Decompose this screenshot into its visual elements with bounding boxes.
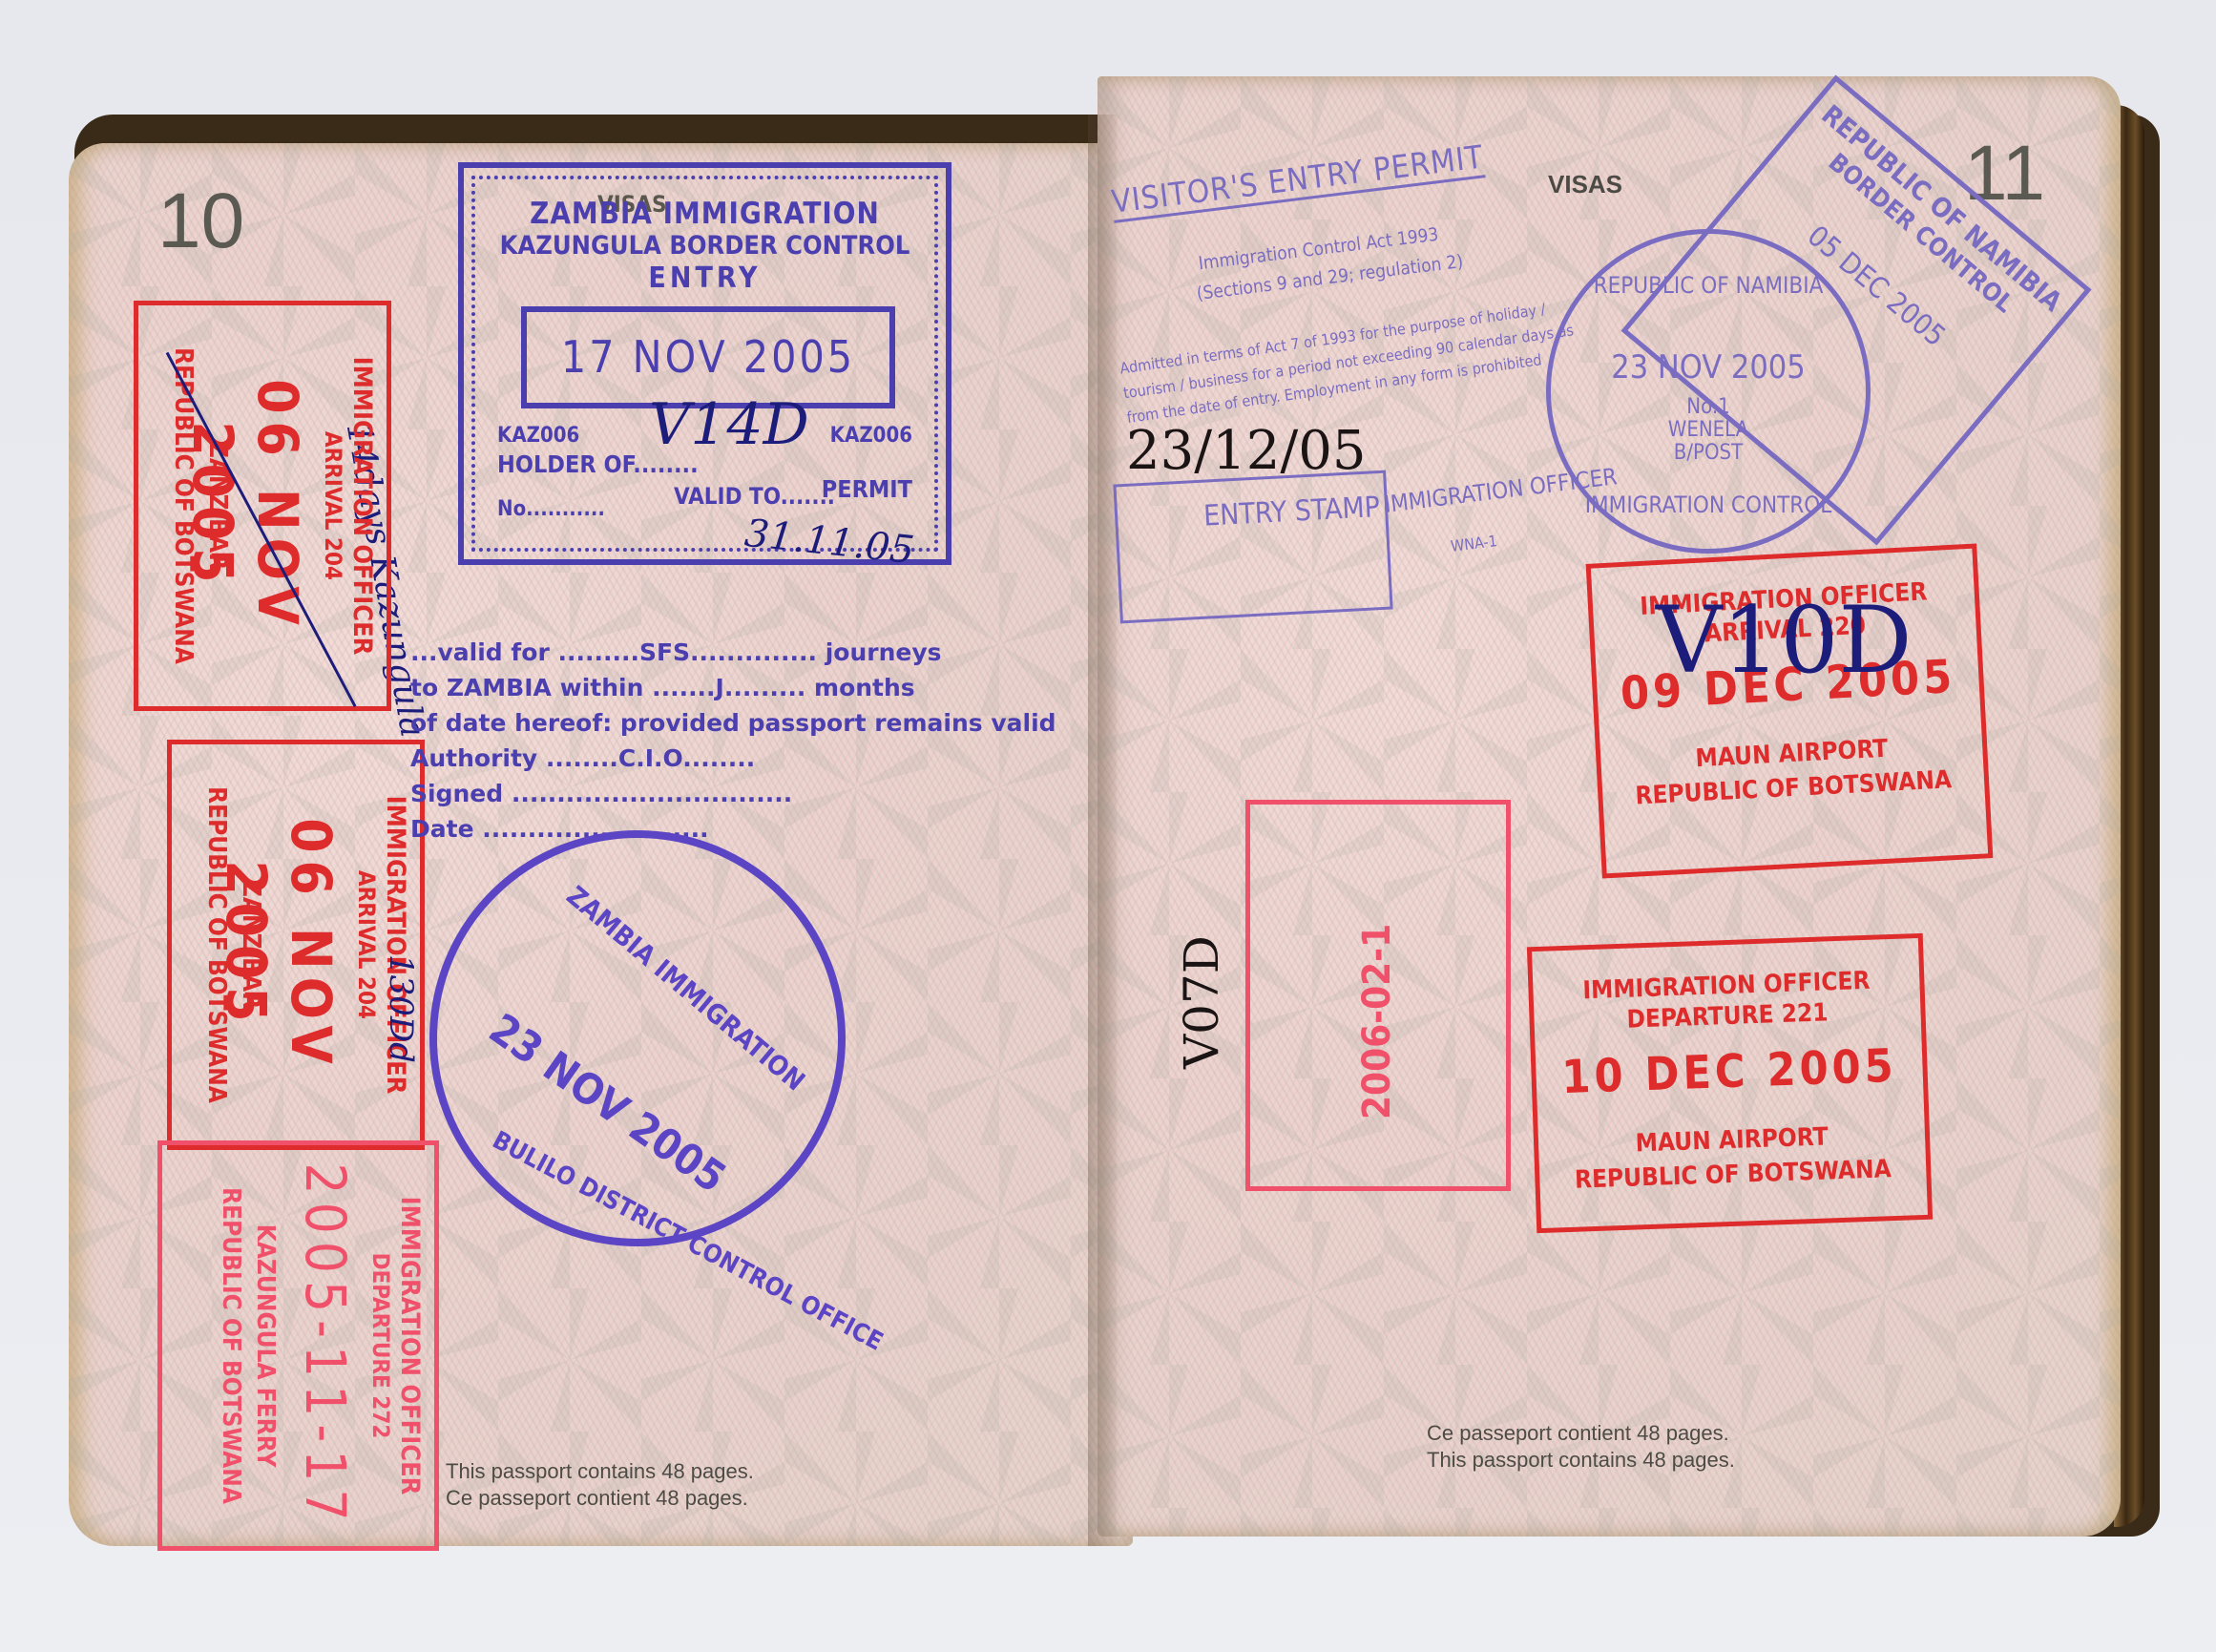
entry-stamp-label: ENTRY STAMP	[1202, 491, 1381, 533]
handwritten-code: V14D	[649, 391, 809, 458]
stamp-subtitle: KAZUNGULA BORDER CONTROL	[464, 231, 946, 261]
stamp-place: ZANZIBAR	[237, 744, 265, 1145]
stamp-date: 10 DEC 2005	[1536, 1038, 1924, 1105]
entry-stamp-box: ENTRY STAMP	[1113, 471, 1392, 624]
visa-line: Signed ...............................	[410, 776, 1056, 811]
stamp-title: IMMIGRATION OFFICER	[381, 744, 410, 1145]
visa-line: Date .........................	[410, 811, 1056, 847]
stamp-date: 23 NOV 2005	[480, 1005, 734, 1203]
footer-line: Ce passeport contient 48 pages.	[1427, 1420, 1735, 1447]
stamp-title: REPUBLIC OF NAMIBIA	[1551, 272, 1866, 299]
maun-departure-stamp: IMMIGRATION OFFICER DEPARTURE 221 10 DEC…	[1527, 933, 1933, 1233]
post-line: WENELA	[1551, 419, 1866, 442]
stamp-bottom: IMMIGRATION CONTROL	[1551, 491, 1866, 518]
stamp-valid-field: VALID TO.......	[674, 483, 835, 510]
stamp-date: 06 NOV 2005	[180, 305, 310, 706]
zambia-entry-stamp: VISAS ZAMBIA IMMIGRATION KAZUNGULA BORDE…	[458, 162, 951, 565]
visa-line: ...valid for .........SFS.............. …	[410, 635, 1056, 670]
visa-validity-text: ...valid for .........SFS.............. …	[410, 635, 1056, 847]
handwritten-side-note: 130Dd	[382, 954, 420, 1063]
stamp-date: 06 NOV 2005	[214, 744, 344, 1145]
stamp-body: Admitted in terms of Act 7 of 1993 for t…	[1118, 293, 1582, 430]
stamp-title: VISITOR'S ENTRY PERMIT	[1109, 137, 1485, 222]
stamp-place: ZANZIBAR	[203, 305, 232, 706]
stamp-date: 23 NOV 2005	[1551, 348, 1866, 387]
footer-line: This passport contains 48 pages.	[1427, 1447, 1735, 1474]
visa-line: to ZAMBIA within .......J......... month…	[410, 670, 1056, 705]
post-line: No.1	[1551, 396, 1866, 419]
namibia-round-stamp: REPUBLIC OF NAMIBIA 23 NOV 2005 No.1 WEN…	[1546, 229, 1871, 554]
footer-text-left: This passport contains 48 pages. Ce pass…	[446, 1458, 754, 1512]
visa-line: Authority ........C.I.O........	[410, 741, 1056, 776]
stamp-permit-label: PERMIT	[822, 475, 912, 503]
handwritten-maun-code: V10D	[1656, 587, 1912, 694]
stamp-type: ENTRY	[464, 261, 946, 295]
stamp-date: 2005-11-17	[293, 1145, 358, 1546]
stamp-subtitle: DEPARTURE 272	[367, 1145, 394, 1546]
stamp-date: 2006-02-1	[1355, 924, 1399, 1119]
stamp-place: KAZUNGULA FERRY	[251, 1145, 280, 1546]
stamp-country: REPUBLIC OF BOTSWANA	[217, 1145, 245, 1546]
stamp-post: No.1 WENELA B/POST	[1551, 396, 1866, 465]
visa-line: of date hereof: provided passport remain…	[410, 705, 1056, 741]
footer-line: Ce passeport contient 48 pages.	[446, 1485, 754, 1512]
handwritten-vertical-code: V07D	[1174, 935, 1229, 1069]
stamp-country: REPUBLIC OF BOTSWANA	[1539, 1154, 1927, 1196]
botswana-departure-stamp: IMMIGRATION OFFICER DEPARTURE 272 2005-1…	[157, 1140, 439, 1551]
stamp-country: REPUBLIC OF BOTSWANA	[202, 744, 231, 1145]
stamp-title: IMMIGRATION OFFICER	[395, 1145, 425, 1546]
stamp-title: IMMIGRATION OFFICER	[347, 305, 377, 706]
stamp-code: KAZ006	[830, 424, 912, 448]
stamp-title: ZAMBIA IMMIGRATION	[464, 197, 946, 231]
zambia-round-stamp: ZAMBIA IMMIGRATION 23 NOV 2005 BULILO DI…	[429, 830, 846, 1246]
handwritten-permit-date: 23/12/05	[1126, 420, 1367, 482]
stamp-title: ZAMBIA IMMIGRATION	[560, 880, 811, 1098]
stamp-code: KAZ006	[497, 424, 579, 448]
footer-line: This passport contains 48 pages.	[446, 1458, 754, 1485]
stamp-subtitle: ARRIVAL 204	[353, 744, 380, 1145]
stamp-number-field: No...........	[497, 497, 605, 521]
page-number-left: 10	[157, 177, 244, 266]
botswana-arrival-stamp-2: IMMIGRATION OFFICER ARRIVAL 204 06 NOV 2…	[167, 740, 425, 1150]
footer-text-right: Ce passeport contient 48 pages. This pas…	[1427, 1420, 1735, 1474]
vertical-departure-stamp: 2006-02-1	[1245, 800, 1511, 1191]
post-line: B/POST	[1551, 442, 1866, 465]
